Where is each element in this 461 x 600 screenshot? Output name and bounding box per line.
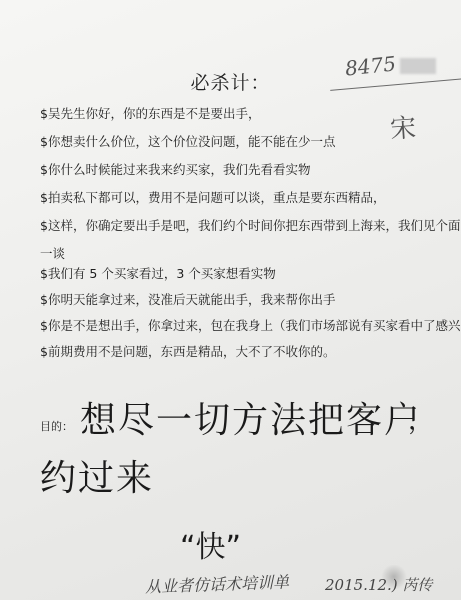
document-page: 必杀计： 8475 宋 $吴先生你好，你的东西是不是要出手， $你想卖什么价位，… (0, 0, 461, 600)
emphasis-text: “快” (180, 522, 241, 566)
script-line: $你什么时候能过来我来约买家，我们先看看实物 (40, 160, 310, 178)
script-line: $这样，你确定要出手是吧，我们约个时间你把东西带到上海来，我们见个面谈 (40, 216, 461, 234)
script-line: $你明天能拿过来，没准后天就能出手，我来帮你出手 (40, 290, 335, 308)
handwritten-footer-date: 2015.12.) 芮传 (325, 574, 432, 595)
script-line: 一谈 (40, 244, 65, 262)
handwritten-character: 宋 (389, 107, 418, 146)
goal-comma: ， (408, 400, 434, 437)
script-line: $拍卖私下都可以，费用不是问题可以谈，重点是要东西精品， (40, 188, 385, 206)
script-line: $吴先生你好，你的东西是不是要出手， (40, 104, 260, 122)
handwritten-footer-note: 从业者仿话术培训单 (145, 569, 290, 597)
script-line: $前期费用不是问题，东西是精品，大不了不收你的。 (40, 342, 335, 360)
script-line: $你想卖什么价位，这个价位没问题，能不能在少一点 (40, 132, 335, 150)
goal-text-line-2: 约过来 (40, 450, 154, 501)
goal-text-line-1: 想尽一切方法把客户 (80, 392, 422, 443)
script-line: $你是不是想出手，你拿过来，包在我身上（我们市场部说有买家看中了感兴趣） (40, 316, 461, 334)
script-line: $我们有 5 个买家看过，3 个买家想看实物 (40, 264, 276, 282)
goal-label: 目的： (40, 418, 73, 434)
redacted-area (400, 58, 436, 74)
